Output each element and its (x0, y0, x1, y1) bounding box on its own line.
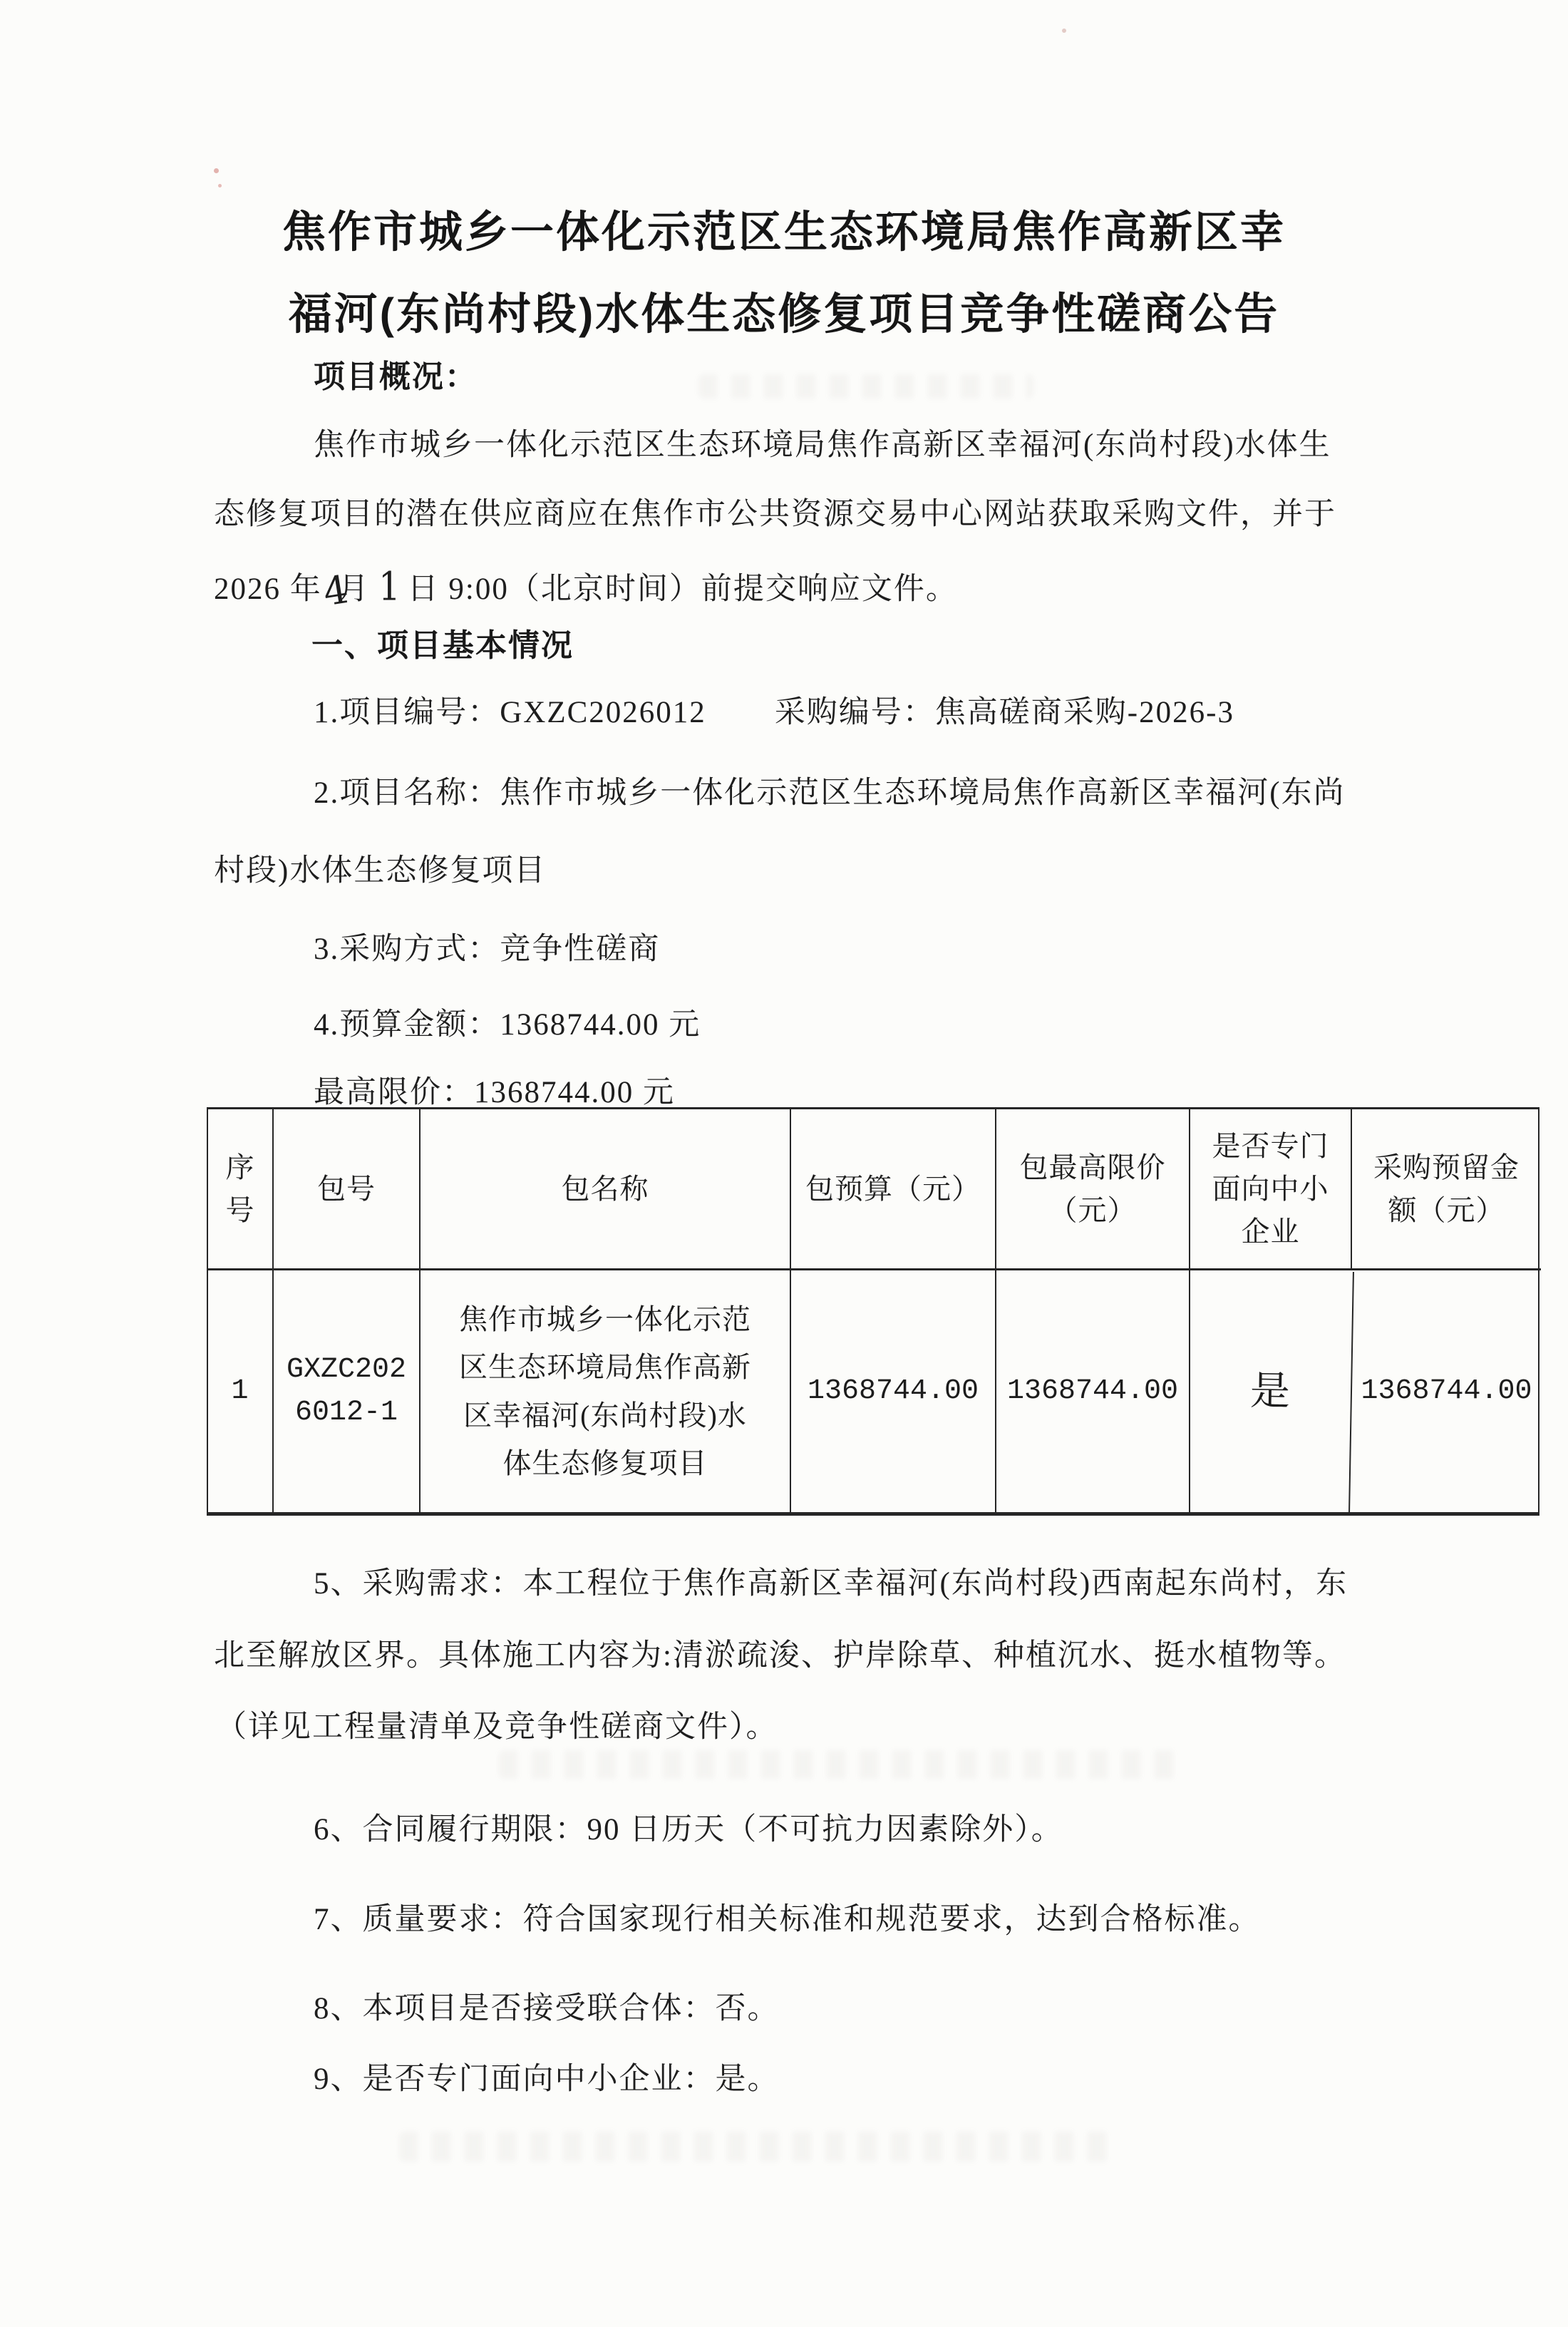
item3-line: 3.采购方式：竞争性磋商 (314, 932, 660, 968)
item7-line: 7、质量要求：符合国家现行相关标准和规范要求，达到合格标准。 (314, 1902, 1261, 1938)
overview-heading: 项目概况： (314, 359, 478, 396)
page-title-line2: 福河(东尚村段)水体生态修复项目竞争性磋商公告 (0, 289, 1568, 340)
item5-line2: 北至解放区界。具体施工内容为:清淤疏浚、护岸除草、种植沉水、挺水植物等。 (214, 1638, 1346, 1675)
section-basic-heading: 一、项目基本情况 (311, 627, 574, 664)
header-sme-only: 是否专门 面向中小 企业 (1190, 1109, 1352, 1270)
item5-line1: 5、采购需求：本工程位于焦作高新区幸福河(东尚村段)西南起东尚村，东 (314, 1566, 1348, 1603)
header-seq: 序 号 (208, 1109, 274, 1270)
max-price-line: 最高限价：1368744.00 元 (314, 1075, 675, 1111)
item8-line: 8、本项目是否接受联合体：否。 (314, 1991, 780, 2028)
document-page: 焦作市城乡一体化示范区生态环境局焦作高新区幸 福河(东尚村段)水体生态修复项目竞… (0, 0, 1568, 2327)
deadline-prefix: 2026 年 (214, 572, 322, 606)
item2-line1: 2.项目名称：焦作市城乡一体化示范区生态环境局焦作高新区幸福河(东尚 (314, 776, 1346, 812)
row-seq: 1 (208, 1270, 274, 1512)
item6-line: 6、合同履行期限：90 日历天（不可抗力因素除外）。 (314, 1812, 1063, 1849)
scan-speck (218, 184, 222, 188)
header-reserved: 采购预留金 额（元） (1352, 1109, 1541, 1270)
header-pkg-no: 包号 (274, 1109, 421, 1270)
project-number: 1.项目编号：GXZC2026012 (314, 696, 706, 729)
overview-paragraph-line2: 态修复项目的潜在供应商应在焦作市公共资源交易中心网站获取采购文件，并于 (214, 497, 1336, 533)
packages-table: 序 号 包号 包名称 包预算（元） 包最高限价 （元） 是否专门 面向中小 企业… (207, 1107, 1539, 1516)
item5-line3: （详见工程量清单及竞争性磋商文件）。 (216, 1710, 778, 1746)
handwritten-day: 1 (378, 564, 402, 610)
row-sme-only: 是 (1188, 1269, 1354, 1514)
row-pkg-no: GXZC202 6012-1 (274, 1270, 421, 1512)
row-budget: 1368744.00 (791, 1270, 996, 1512)
procurement-number: 采购编号：焦高磋商采购-2026-3 (775, 696, 1234, 729)
item9-line: 9、是否专门面向中小企业：是。 (314, 2062, 780, 2098)
item2-line2: 村段)水体生态修复项目 (214, 853, 546, 890)
item1-line: 1.项目编号：GXZC2026012采购编号：焦高磋商采购-2026-3 (314, 695, 1234, 731)
scan-speck (214, 168, 219, 173)
header-pkg-name: 包名称 (421, 1109, 791, 1270)
deadline-rest: 日 9:00（北京时间）前提交响应文件。 (408, 572, 958, 606)
item4-line: 4.预算金额：1368744.00 元 (314, 1007, 701, 1044)
page-title-line1: 焦作市城乡一体化示范区生态环境局焦作高新区幸 (0, 207, 1568, 258)
deadline-line: 2026 年4月1日 9:00（北京时间）前提交响应文件。 (214, 563, 958, 609)
scan-speck (1062, 29, 1066, 33)
header-max-limit: 包最高限价 （元） (996, 1109, 1190, 1270)
overview-paragraph-line1: 焦作市城乡一体化示范区生态环境局焦作高新区幸福河(东尚村段)水体生 (314, 428, 1331, 464)
row-reserved: 1368744.00 (1352, 1270, 1541, 1512)
scan-bleed-artifact (499, 1750, 1176, 1779)
scan-bleed-artifact (698, 374, 1033, 399)
scan-bleed-artifact (399, 2132, 1112, 2162)
header-budget: 包预算（元） (791, 1109, 996, 1270)
row-pkg-name: 焦作市城乡一体化示范 区生态环境局焦作高新 区幸福河(东尚村段)水 体生态修复项… (421, 1270, 791, 1512)
row-max-limit: 1368744.00 (996, 1270, 1190, 1512)
